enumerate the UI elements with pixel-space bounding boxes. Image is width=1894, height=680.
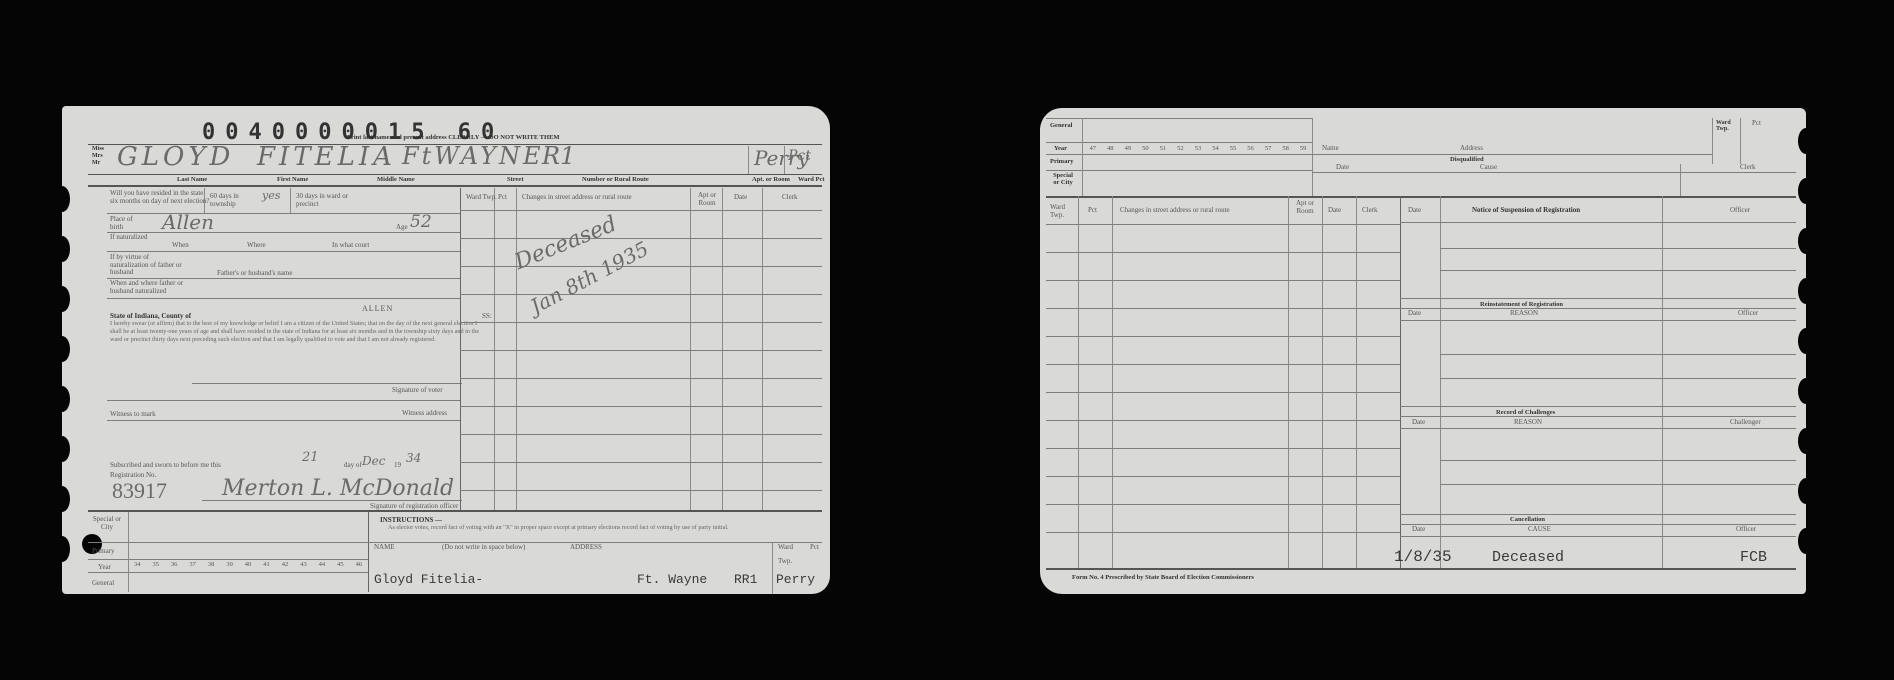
card-notch (1798, 128, 1806, 154)
year-cell: 41 (257, 561, 275, 571)
instructions-pct-label: Pct (810, 544, 819, 552)
disqualified-date-label: Date (1336, 164, 1349, 172)
naturalized-court-label: In what court (332, 242, 369, 250)
grid-row-primary: Primary (1050, 158, 1073, 165)
year-cell: 35 (146, 561, 164, 571)
year-cell: 45 (331, 561, 349, 571)
card-notch (62, 236, 70, 262)
disqualified-cause-label: Cause (1480, 164, 1497, 172)
card-notch (1798, 228, 1806, 254)
grid-row-year: Year (1054, 145, 1067, 152)
sworn-day-value: 21 (302, 450, 319, 465)
residency-question: Will you have resided in the state six m… (110, 190, 210, 205)
age-value: 52 (410, 212, 432, 232)
changes-header-date: Date (734, 194, 747, 202)
changes-header-apt: Apt or Room (694, 192, 720, 207)
cancellation-officer-value: FCB (1740, 549, 1767, 566)
typed-name: Gloyd Fitelia- (374, 572, 483, 587)
father-husband-when-label: When and where father or husband natural… (110, 280, 190, 295)
age-label: Age (396, 224, 408, 232)
registration-card-front: 0040000015 60 Print last name and presen… (62, 106, 830, 594)
disqualified-label: Disqualified (1450, 156, 1484, 163)
reinstatement-title: Reinstatement of Registration (1480, 301, 1563, 308)
cancellation-date-value: 1/8/35 (1394, 548, 1452, 566)
challenges-title: Record of Challenges (1496, 409, 1555, 416)
birth-place-value: Allen (162, 210, 214, 234)
oath-text: I hereby swear (or affirm) that to the b… (110, 320, 480, 343)
street-value: FtWAYNE (402, 142, 544, 170)
changes-header-ward: Ward Twp. (1050, 204, 1072, 219)
reinstatement-date-label: Date (1408, 310, 1421, 318)
ward-pct-label: Ward Pct (798, 176, 825, 183)
card-notch (62, 536, 70, 562)
suspension-title: Notice of Suspension of Registration (1472, 206, 1580, 214)
instructions-name-label: NAME (374, 544, 395, 552)
precinct-value: Pct (788, 148, 811, 164)
sworn-year-value: 34 (406, 451, 421, 465)
year-cell: 37 (183, 561, 201, 571)
naturalized-where-label: Where (247, 242, 266, 250)
witness-mark-label: Witness to mark (110, 411, 156, 419)
naturalized-when-label: When (172, 242, 189, 250)
ward-days-label: 30 days in ward or precinct (296, 193, 366, 208)
challenges-challenger-label: Challenger (1730, 419, 1761, 427)
changes-header-pct: Pct (1088, 207, 1097, 215)
oath-heading: State of Indiana, County of (110, 312, 191, 320)
typed-address: Ft. Wayne (637, 572, 707, 587)
challenges-reason-label: REASON (1514, 419, 1542, 427)
salutation-miss: Miss (92, 146, 104, 152)
middle-name-label: Middle Name (377, 176, 415, 183)
instructions-twp-label: Twp. (778, 558, 792, 566)
card-notch (1798, 278, 1806, 304)
card-notch (62, 286, 70, 312)
year-cell: 43 (294, 561, 312, 571)
instructions-title: INSTRUCTIONS — (380, 516, 442, 524)
pct-label: Pct (1752, 120, 1761, 128)
year-cell: 46 (350, 561, 368, 571)
suspension-date-label: Date (1408, 207, 1421, 215)
sworn-day-label: day of (344, 462, 362, 470)
changes-header-address: Changes in street address or rural route (1120, 207, 1230, 215)
township-days-label: 60 days in township (210, 193, 260, 208)
grid-row-primary: Primary (92, 548, 115, 556)
apt-label: Apt. or Room (752, 176, 790, 183)
cancellation-title: Cancellation (1510, 516, 1545, 523)
cancellation-officer-label: Officer (1736, 526, 1756, 534)
instructions-note: (Do not write in space below) (442, 544, 525, 552)
year-cell: 42 (276, 561, 294, 571)
instructions-text: As elector votes, record fact of voting … (388, 524, 808, 532)
reinstatement-officer-label: Officer (1738, 310, 1758, 318)
salutation-mr: Mr (92, 160, 100, 166)
front-year-row: 34 35 36 37 38 39 40 41 42 43 44 45 46 (128, 561, 368, 571)
disqualified-clerk-label: Clerk (1740, 164, 1756, 172)
township-days-value: yes (262, 189, 280, 202)
last-name-value: GLOYD (117, 142, 234, 172)
card-notch (62, 186, 70, 212)
father-husband-name-label: Father's or husband's name (217, 270, 292, 278)
cancellation-cause-label: CAUSE (1528, 526, 1551, 534)
oath-ss: SS: (482, 313, 492, 321)
typed-township: Perry (776, 572, 815, 587)
grid-row-special: Special or City (92, 516, 122, 531)
card-notch (1798, 378, 1806, 404)
street-label: Street (507, 176, 523, 183)
card-notch (1798, 328, 1806, 354)
year-cell: 38 (202, 561, 220, 571)
changes-header-apt: Apt or Room (1292, 200, 1318, 215)
naturalized-label: If naturalized (110, 234, 150, 242)
changes-header-address: Changes in street address or rural route (522, 194, 632, 202)
instructions-ward-label: Ward (778, 544, 793, 552)
county-value: ALLEN (362, 305, 393, 314)
changes-header-clerk: Clerk (1362, 207, 1378, 215)
changes-header-ward: Ward Twp. (466, 194, 497, 202)
card-notch (62, 486, 70, 512)
card-notch (1798, 478, 1806, 504)
changes-header-pct: Pct (498, 194, 507, 202)
father-husband-label: If by virtue of naturalization of father… (110, 254, 185, 277)
cancellation-cause-value: Deceased (1492, 549, 1564, 566)
card-notch (62, 336, 70, 362)
year-cell: 44 (313, 561, 331, 571)
route-label: Number or Rural Route (582, 176, 649, 183)
voter-signature-label: Signature of voter (392, 387, 443, 395)
header-name-label: Name (1322, 145, 1339, 153)
header-address-label: Address (1460, 145, 1483, 153)
grid-row-general: General (1050, 122, 1072, 129)
birth-place-label: Place of birth (110, 216, 140, 231)
year-cell: 36 (165, 561, 183, 571)
card-notch (62, 436, 70, 462)
salutation-mrs: Mrs (92, 153, 103, 159)
grid-row-general: General (92, 580, 114, 588)
instructions-address-label: ADDRESS (570, 544, 602, 552)
year-cell: 40 (239, 561, 257, 571)
header-instruction: Print last name and present address CLEA… (347, 134, 560, 141)
registration-card-back: General Year 47 48 49 50 51 52 53 54 55 … (1040, 108, 1806, 594)
grid-row-special: Special or City (1050, 172, 1076, 186)
route-value: R1 (542, 142, 575, 170)
registration-number: 83917 (112, 478, 167, 504)
sworn-month-value: Dec (362, 454, 385, 468)
first-name-value: FITELIA (257, 142, 396, 172)
reinstatement-reason-label: REASON (1510, 310, 1538, 318)
card-notch (1798, 528, 1806, 554)
grid-row-year: Year (98, 564, 111, 572)
card-notch (1798, 178, 1806, 204)
first-name-label: First Name (277, 176, 308, 183)
year-cell: 39 (220, 561, 238, 571)
witness-address-label: Witness address (402, 410, 447, 418)
sworn-year-prefix: 19 (394, 462, 401, 470)
form-footer: Form No. 4 Prescribed by State Board of … (1072, 574, 1254, 581)
changes-header-clerk: Clerk (782, 194, 798, 202)
sworn-text: Subscribed and sworn to before me this (110, 462, 221, 470)
typed-route: RR1 (734, 572, 757, 587)
changes-header-date: Date (1328, 207, 1341, 215)
card-notch (1798, 428, 1806, 454)
registration-officer-signature: Merton L. McDonald (222, 476, 454, 501)
suspension-officer-label: Officer (1730, 207, 1750, 215)
ward-twp-label: Ward Twp. (1716, 120, 1738, 132)
card-notch (62, 386, 70, 412)
cancellation-date-label: Date (1412, 526, 1425, 534)
year-cell: 34 (128, 561, 146, 571)
challenges-date-label: Date (1412, 419, 1425, 427)
last-name-label: Last Name (177, 176, 207, 183)
